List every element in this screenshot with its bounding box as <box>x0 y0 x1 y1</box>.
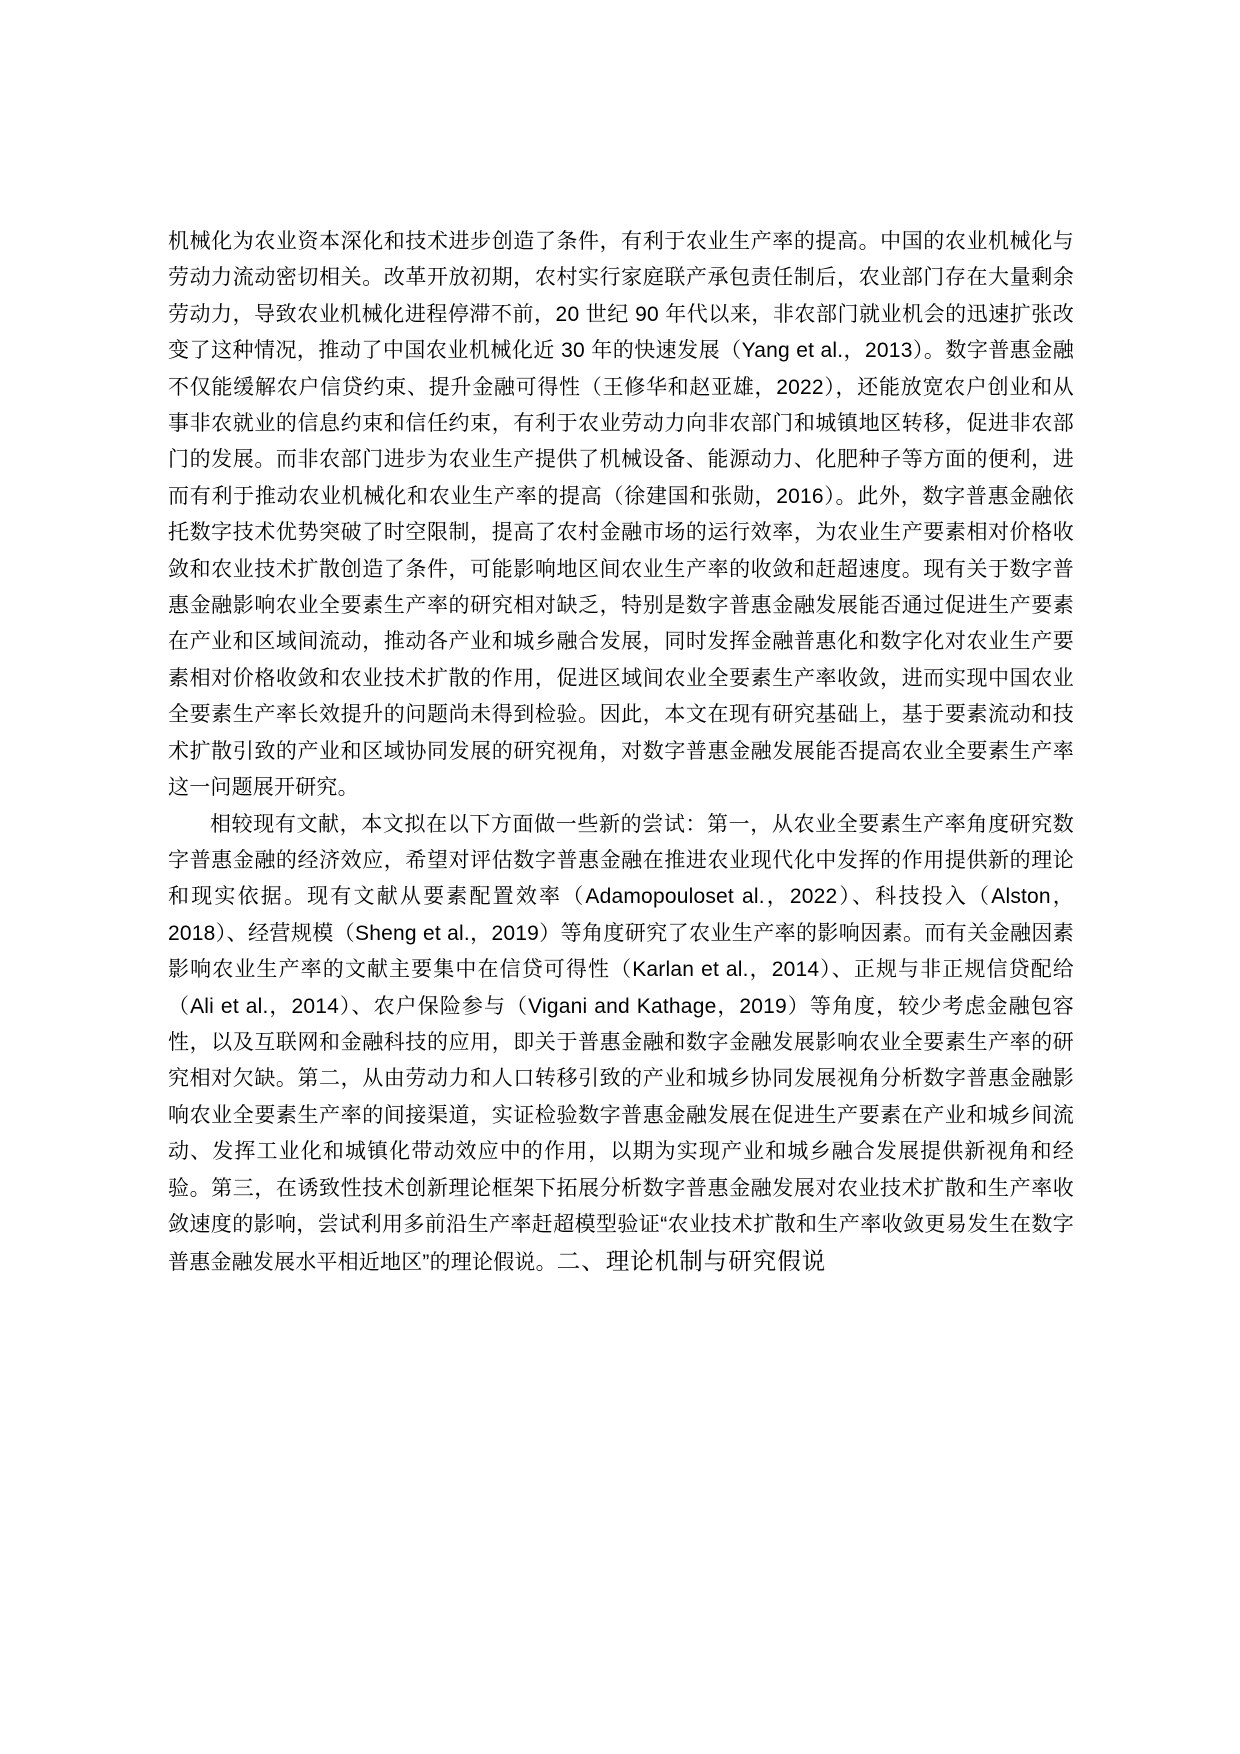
paragraph-2-text: 相较现有文献，本文拟在以下方面做一些新的尝试：第一，从农业全要素生产率角度研究数… <box>168 813 1074 1275</box>
document-page: 机械化为农业资本深化和技术进步创造了条件，有利于农业生产率的提高。中国的农业机械… <box>0 0 1240 1754</box>
paragraph-1: 机械化为农业资本深化和技术进步创造了条件，有利于农业生产率的提高。中国的农业机械… <box>168 224 1074 807</box>
section-heading: 二、理论机制与研究假说 <box>557 1248 827 1274</box>
paragraph-2: 相较现有文献，本文拟在以下方面做一些新的尝试：第一，从农业全要素生产率角度研究数… <box>168 807 1074 1282</box>
